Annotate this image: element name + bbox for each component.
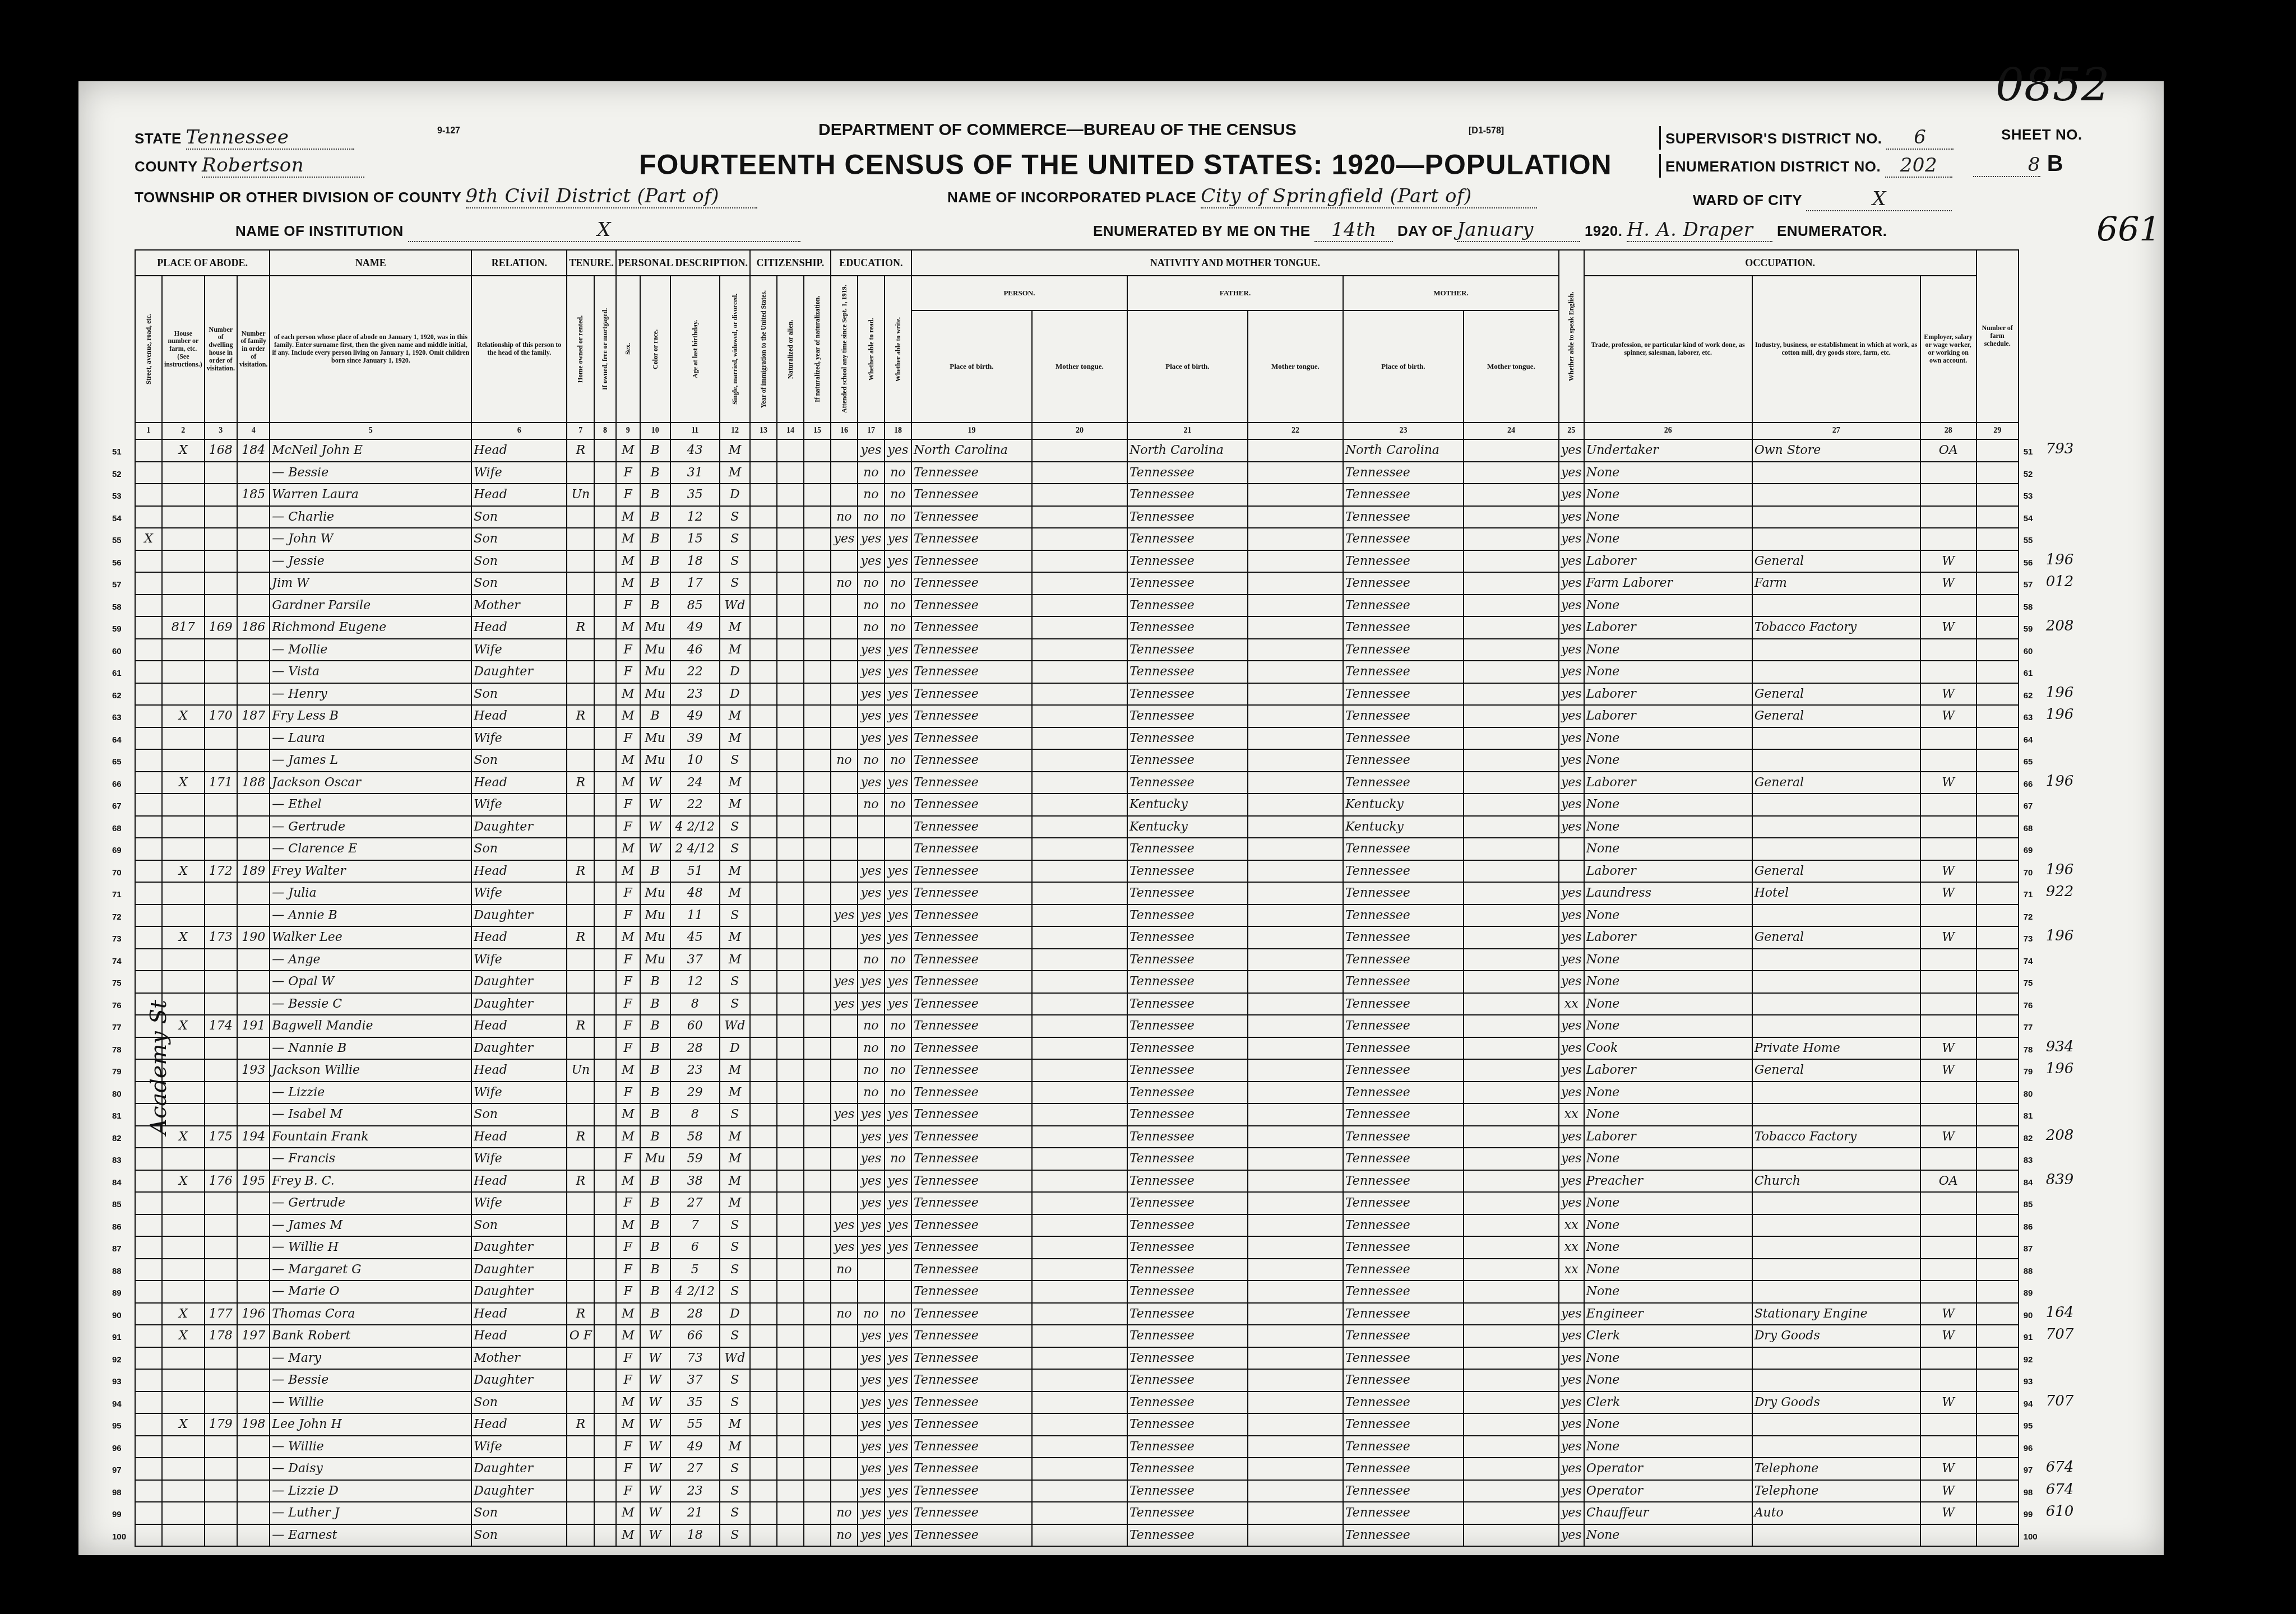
family-cell <box>237 971 270 993</box>
employer-cell <box>1920 1148 1976 1170</box>
column-number: 20 <box>1032 423 1127 439</box>
naturalization-year-cell <box>804 661 831 683</box>
father-tongue-cell <box>1248 1281 1343 1303</box>
marital-cell: S <box>720 971 750 993</box>
naturalized-cell <box>777 926 804 949</box>
dwelling-cell <box>205 1214 237 1237</box>
mother-birthplace-cell: Tennessee <box>1343 882 1464 905</box>
street-cell <box>135 1103 162 1126</box>
col-street: Street, avenue, road, etc. <box>135 276 162 423</box>
english-cell: yes <box>1559 1126 1584 1148</box>
house-number-cell: X <box>162 1170 205 1193</box>
race-cell: Mu <box>640 616 670 639</box>
mortgage-cell <box>594 971 616 993</box>
immigration-cell <box>750 749 777 772</box>
table-row: — Isabel MSonMB8SyesyesyesTennesseeTenne… <box>135 1103 2019 1126</box>
mother-tongue-cell <box>1032 727 1127 750</box>
line-number: 97 <box>112 1465 122 1475</box>
birthplace-cell: Tennessee <box>911 1524 1032 1547</box>
relation-cell: Head <box>471 1126 567 1148</box>
trade-cell: None <box>1584 727 1752 750</box>
father-tongue-cell <box>1248 749 1343 772</box>
father-birthplace-cell: Tennessee <box>1127 572 1248 595</box>
name-cell: Thomas Cora <box>270 1303 471 1325</box>
family-cell: 197 <box>237 1325 270 1347</box>
english-cell: yes <box>1559 462 1584 484</box>
margin-code-note: 707 <box>2046 1326 2074 1343</box>
family-cell <box>237 949 270 971</box>
farm-schedule-cell <box>1976 882 2019 905</box>
tenure-cell: O F <box>567 1325 594 1347</box>
naturalization-year-cell <box>804 1170 831 1193</box>
naturalization-year-cell <box>804 905 831 927</box>
name-cell: — Bessie C <box>270 993 471 1015</box>
farm-schedule-cell <box>1976 949 2019 971</box>
birthplace-cell: Tennessee <box>911 905 1032 927</box>
line-number: 62 <box>112 691 122 701</box>
family-cell: 186 <box>237 616 270 639</box>
trade-cell: None <box>1584 1413 1752 1436</box>
street-cell <box>135 1413 162 1436</box>
father-tongue-cell <box>1248 838 1343 860</box>
naturalized-cell <box>777 595 804 617</box>
english-cell <box>1559 1281 1584 1303</box>
naturalized-cell <box>777 882 804 905</box>
table-row: X174191Bagwell MandieHeadRFB60WdnonoTenn… <box>135 1015 2019 1037</box>
relation-cell: Daughter <box>471 1480 567 1502</box>
mortgage-cell <box>594 550 616 573</box>
enumerator-label: ENUMERATOR. <box>1777 222 1887 239</box>
write-cell: yes <box>885 971 911 993</box>
sex-cell: F <box>616 949 640 971</box>
column-number: 15 <box>804 423 831 439</box>
race-cell: Mu <box>640 1148 670 1170</box>
read-cell: yes <box>858 1103 885 1126</box>
birthplace-cell: Tennessee <box>911 860 1032 883</box>
mortgage-cell <box>594 1436 616 1458</box>
dwelling-cell <box>205 1259 237 1281</box>
name-cell: Frey B. C. <box>270 1170 471 1193</box>
name-cell: — Margaret G <box>270 1259 471 1281</box>
trade-cell: Laundress <box>1584 882 1752 905</box>
english-cell: yes <box>1559 1037 1584 1060</box>
race-cell: B <box>640 462 670 484</box>
write-cell: yes <box>885 1192 911 1214</box>
naturalization-year-cell <box>804 1259 831 1281</box>
trade-cell: None <box>1584 1082 1752 1104</box>
immigration-cell <box>750 528 777 550</box>
house-number-cell <box>162 484 205 506</box>
col-mother-birth: Place of birth. <box>1343 310 1464 423</box>
birthplace-cell: Tennessee <box>911 1103 1032 1126</box>
race-cell: B <box>640 528 670 550</box>
mother-tongue-cell <box>1464 971 1559 993</box>
naturalization-year-cell <box>804 1480 831 1502</box>
naturalized-cell <box>777 905 804 927</box>
naturalized-cell <box>777 816 804 838</box>
relation-cell: Daughter <box>471 1369 567 1392</box>
name-cell: Bank Robert <box>270 1325 471 1347</box>
line-number: 82 <box>2024 1134 2033 1143</box>
farm-schedule-cell <box>1976 1458 2019 1480</box>
house-number-cell: X <box>162 1126 205 1148</box>
mother-tongue-cell <box>1464 1502 1559 1524</box>
mother-birthplace-cell: Tennessee <box>1343 1502 1464 1524</box>
column-number: 11 <box>670 423 720 439</box>
mother-tongue-cell <box>1464 860 1559 883</box>
read-cell: yes <box>858 905 885 927</box>
naturalized-cell <box>777 727 804 750</box>
table-row: — EarnestSonMW18SnoyesyesTennesseeTennes… <box>135 1524 2019 1547</box>
school-cell <box>831 949 858 971</box>
employer-cell <box>1920 661 1976 683</box>
immigration-cell <box>750 1148 777 1170</box>
immigration-cell <box>750 860 777 883</box>
birthplace-cell: Tennessee <box>911 484 1032 506</box>
dwelling-cell <box>205 484 237 506</box>
house-number-cell: X <box>162 705 205 727</box>
house-number-cell <box>162 1281 205 1303</box>
father-birthplace-cell: Tennessee <box>1127 727 1248 750</box>
family-cell: 187 <box>237 705 270 727</box>
marital-cell: D <box>720 661 750 683</box>
age-cell: 23 <box>670 1480 720 1502</box>
age-cell: 49 <box>670 616 720 639</box>
father-birthplace-cell: Tennessee <box>1127 528 1248 550</box>
name-cell: Bagwell Mandie <box>270 1015 471 1037</box>
line-number: 74 <box>2024 957 2033 966</box>
naturalization-year-cell <box>804 683 831 706</box>
name-cell: — Vista <box>270 661 471 683</box>
relation-cell: Head <box>471 1325 567 1347</box>
name-cell: — Bessie <box>270 1369 471 1392</box>
immigration-cell <box>750 1214 777 1237</box>
employer-cell: W <box>1920 1458 1976 1480</box>
marital-cell: M <box>720 1170 750 1193</box>
tenure-cell <box>567 528 594 550</box>
mortgage-cell <box>594 816 616 838</box>
age-cell: 18 <box>670 550 720 573</box>
group-tenure: TENURE. <box>567 250 616 276</box>
line-number: 67 <box>112 801 122 811</box>
mother-tongue-cell <box>1464 1259 1559 1281</box>
age-cell: 28 <box>670 1303 720 1325</box>
father-birthplace-cell: Tennessee <box>1127 1126 1248 1148</box>
employer-cell <box>1920 1015 1976 1037</box>
industry-cell <box>1752 1347 1920 1370</box>
read-cell: yes <box>858 1236 885 1259</box>
employer-cell <box>1920 595 1976 617</box>
farm-schedule-cell <box>1976 462 2019 484</box>
dwelling-cell <box>205 993 237 1015</box>
mortgage-cell <box>594 727 616 750</box>
line-number: 98 <box>112 1488 122 1497</box>
trade-cell: Laborer <box>1584 772 1752 794</box>
dwelling-cell <box>205 816 237 838</box>
dwelling-cell: 168 <box>205 439 237 462</box>
sex-cell: F <box>616 1281 640 1303</box>
father-birthplace-cell: Tennessee <box>1127 1413 1248 1436</box>
family-cell <box>237 1369 270 1392</box>
table-row: — Nannie BDaughterFB28DnonoTennesseeTenn… <box>135 1037 2019 1060</box>
mother-tongue-cell <box>1464 528 1559 550</box>
immigration-cell <box>750 926 777 949</box>
family-cell: 184 <box>237 439 270 462</box>
street-cell <box>135 506 162 528</box>
industry-cell <box>1752 661 1920 683</box>
birthplace-cell: Tennessee <box>911 572 1032 595</box>
school-cell <box>831 926 858 949</box>
immigration-cell <box>750 1281 777 1303</box>
write-cell: yes <box>885 1325 911 1347</box>
age-cell: 49 <box>670 1436 720 1458</box>
marital-cell: M <box>720 926 750 949</box>
age-cell: 8 <box>670 1103 720 1126</box>
sex-cell: F <box>616 1148 640 1170</box>
father-birthplace-cell: Tennessee <box>1127 1458 1248 1480</box>
mother-tongue-cell <box>1032 1325 1127 1347</box>
mother-tongue-cell <box>1464 639 1559 661</box>
father-birthplace-cell: Tennessee <box>1127 1059 1248 1082</box>
house-number-cell <box>162 1524 205 1547</box>
mother-birthplace-cell: Tennessee <box>1343 1059 1464 1082</box>
line-number: 75 <box>2024 978 2033 988</box>
immigration-cell <box>750 1303 777 1325</box>
mother-birthplace-cell: Tennessee <box>1343 749 1464 772</box>
english-cell: yes <box>1559 1480 1584 1502</box>
father-tongue-cell <box>1248 860 1343 883</box>
house-number-cell <box>162 1148 205 1170</box>
table-row: — JuliaWifeFMu48MyesyesTennesseeTennesse… <box>135 882 2019 905</box>
mortgage-cell <box>594 1369 616 1392</box>
line-number: 82 <box>112 1134 122 1143</box>
street-cell <box>135 616 162 639</box>
house-number-cell <box>162 1059 205 1082</box>
age-cell: 2 4/12 <box>670 838 720 860</box>
line-number: 90 <box>112 1311 122 1320</box>
house-number-cell <box>162 462 205 484</box>
employer-cell: W <box>1920 926 1976 949</box>
race-cell: Mu <box>640 639 670 661</box>
father-birthplace-cell: Tennessee <box>1127 1369 1248 1392</box>
table-row: 817169186Richmond EugeneHeadRMMu49MnonoT… <box>135 616 2019 639</box>
naturalized-cell <box>777 1369 804 1392</box>
read-cell: yes <box>858 1325 885 1347</box>
employer-cell: W <box>1920 1059 1976 1082</box>
age-cell: 43 <box>670 439 720 462</box>
farm-schedule-cell <box>1976 1524 2019 1547</box>
col-read: Whether able to read. <box>858 276 885 423</box>
mother-birthplace-cell: Tennessee <box>1343 1148 1464 1170</box>
family-cell <box>237 1259 270 1281</box>
street-cell <box>135 1148 162 1170</box>
street-cell <box>135 705 162 727</box>
write-cell: yes <box>885 1502 911 1524</box>
naturalized-cell <box>777 1082 804 1104</box>
naturalization-year-cell <box>804 639 831 661</box>
enumerated-field: ENUMERATED BY ME ON THE 14th DAY OF Janu… <box>1093 219 1887 242</box>
line-number: 56 <box>112 558 122 568</box>
mother-tongue-cell <box>1032 1281 1127 1303</box>
mortgage-cell <box>594 1148 616 1170</box>
tenure-cell <box>567 971 594 993</box>
name-cell: Frey Walter <box>270 860 471 883</box>
mother-tongue-cell <box>1032 749 1127 772</box>
mother-birthplace-cell: Tennessee <box>1343 705 1464 727</box>
col-person: PERSON. <box>911 276 1127 310</box>
age-cell: 27 <box>670 1192 720 1214</box>
write-cell: no <box>885 462 911 484</box>
read-cell <box>858 838 885 860</box>
name-cell: Walker Lee <box>270 926 471 949</box>
margin-code-note: 610 <box>2046 1503 2074 1520</box>
trade-cell: None <box>1584 838 1752 860</box>
mother-tongue-cell <box>1464 1392 1559 1414</box>
trade-cell: Laborer <box>1584 683 1752 706</box>
family-cell <box>237 1392 270 1414</box>
mortgage-cell <box>594 639 616 661</box>
trade-cell: Chauffeur <box>1584 1502 1752 1524</box>
race-cell: Mu <box>640 661 670 683</box>
county-value: Robertson <box>202 154 364 178</box>
tenure-cell <box>567 1236 594 1259</box>
mother-tongue-cell <box>1464 949 1559 971</box>
tenure-cell <box>567 1392 594 1414</box>
farm-schedule-cell <box>1976 971 2019 993</box>
farm-schedule-cell <box>1976 1347 2019 1370</box>
family-cell <box>237 905 270 927</box>
table-row: — MaryMotherFW73WdyesyesTennesseeTenness… <box>135 1347 2019 1370</box>
trade-cell: None <box>1584 905 1752 927</box>
relation-cell: Wife <box>471 882 567 905</box>
immigration-cell <box>750 1413 777 1436</box>
read-cell: yes <box>858 550 885 573</box>
father-birthplace-cell: Tennessee <box>1127 905 1248 927</box>
naturalization-year-cell <box>804 550 831 573</box>
marital-cell: S <box>720 1369 750 1392</box>
naturalization-year-cell <box>804 1458 831 1480</box>
column-number: 17 <box>858 423 885 439</box>
tenure-cell <box>567 727 594 750</box>
immigration-cell <box>750 705 777 727</box>
name-cell: — James L <box>270 749 471 772</box>
age-cell: 45 <box>670 926 720 949</box>
township-field: TOWNSHIP OR OTHER DIVISION OF COUNTY 9th… <box>135 185 757 208</box>
sex-cell: M <box>616 838 640 860</box>
naturalization-year-cell <box>804 705 831 727</box>
dwelling-cell <box>205 1148 237 1170</box>
english-cell: yes <box>1559 1413 1584 1436</box>
employer-cell: W <box>1920 683 1976 706</box>
marital-cell: M <box>720 639 750 661</box>
english-cell: yes <box>1559 816 1584 838</box>
race-cell: B <box>640 439 670 462</box>
line-number: 61 <box>2024 669 2033 678</box>
house-number-cell <box>162 1480 205 1502</box>
naturalization-year-cell <box>804 949 831 971</box>
tenure-cell <box>567 794 594 816</box>
farm-schedule-cell <box>1976 616 2019 639</box>
industry-cell: Dry Goods <box>1752 1392 1920 1414</box>
school-cell <box>831 772 858 794</box>
birthplace-cell: Tennessee <box>911 1214 1032 1237</box>
house-number-cell <box>162 1458 205 1480</box>
margin-code-note: 196 <box>2046 706 2074 723</box>
line-number: 81 <box>2024 1111 2033 1121</box>
family-cell: 185 <box>237 484 270 506</box>
father-tongue-cell <box>1248 439 1343 462</box>
col-father: FATHER. <box>1127 276 1343 310</box>
sex-cell: F <box>616 882 640 905</box>
naturalization-year-cell <box>804 1059 831 1082</box>
relation-cell: Daughter <box>471 1281 567 1303</box>
dwelling-cell <box>205 1281 237 1303</box>
tenure-cell <box>567 1103 594 1126</box>
write-cell: yes <box>885 882 911 905</box>
form-code: [D1-578] <box>1469 126 1504 136</box>
father-tongue-cell <box>1248 1436 1343 1458</box>
line-number: 63 <box>2024 713 2033 722</box>
dwelling-cell <box>205 882 237 905</box>
house-number-cell <box>162 506 205 528</box>
line-number: 93 <box>2024 1377 2033 1386</box>
write-cell: yes <box>885 1436 911 1458</box>
relation-cell: Son <box>471 838 567 860</box>
immigration-cell <box>750 1480 777 1502</box>
mortgage-cell <box>594 882 616 905</box>
naturalized-cell <box>777 749 804 772</box>
dwelling-cell <box>205 1037 237 1060</box>
family-cell <box>237 749 270 772</box>
street-cell <box>135 1170 162 1193</box>
english-cell: yes <box>1559 1436 1584 1458</box>
trade-cell: None <box>1584 1369 1752 1392</box>
english-cell: yes <box>1559 882 1584 905</box>
age-cell: 59 <box>670 1148 720 1170</box>
dwelling-cell <box>205 1103 237 1126</box>
township-label: TOWNSHIP OR OTHER DIVISION OF COUNTY <box>135 189 461 206</box>
immigration-cell <box>750 462 777 484</box>
father-birthplace-cell: Tennessee <box>1127 616 1248 639</box>
farm-schedule-cell <box>1976 1126 2019 1148</box>
trade-cell: Laborer <box>1584 705 1752 727</box>
group-nativity: NATIVITY AND MOTHER TONGUE. <box>911 250 1559 276</box>
family-cell <box>237 1502 270 1524</box>
name-cell: McNeil John E <box>270 439 471 462</box>
house-number-cell <box>162 1392 205 1414</box>
race-cell: B <box>640 1303 670 1325</box>
relation-cell: Head <box>471 484 567 506</box>
house-number-cell <box>162 882 205 905</box>
name-cell: Lee John H <box>270 1413 471 1436</box>
line-number: 72 <box>112 912 122 922</box>
margin-code-note: 674 <box>2046 1481 2074 1498</box>
father-birthplace-cell: Tennessee <box>1127 1259 1248 1281</box>
age-cell: 17 <box>670 572 720 595</box>
family-cell <box>237 882 270 905</box>
school-cell: no <box>831 1303 858 1325</box>
mother-birthplace-cell: Tennessee <box>1343 1281 1464 1303</box>
naturalized-cell <box>777 1126 804 1148</box>
street-cell: X <box>135 528 162 550</box>
col-color: Color or race. <box>640 276 670 423</box>
age-cell: 51 <box>670 860 720 883</box>
father-tongue-cell <box>1248 1524 1343 1547</box>
sex-cell: M <box>616 1303 640 1325</box>
farm-schedule-cell <box>1976 1303 2019 1325</box>
line-number: 68 <box>2024 824 2033 833</box>
immigration-cell <box>750 1502 777 1524</box>
